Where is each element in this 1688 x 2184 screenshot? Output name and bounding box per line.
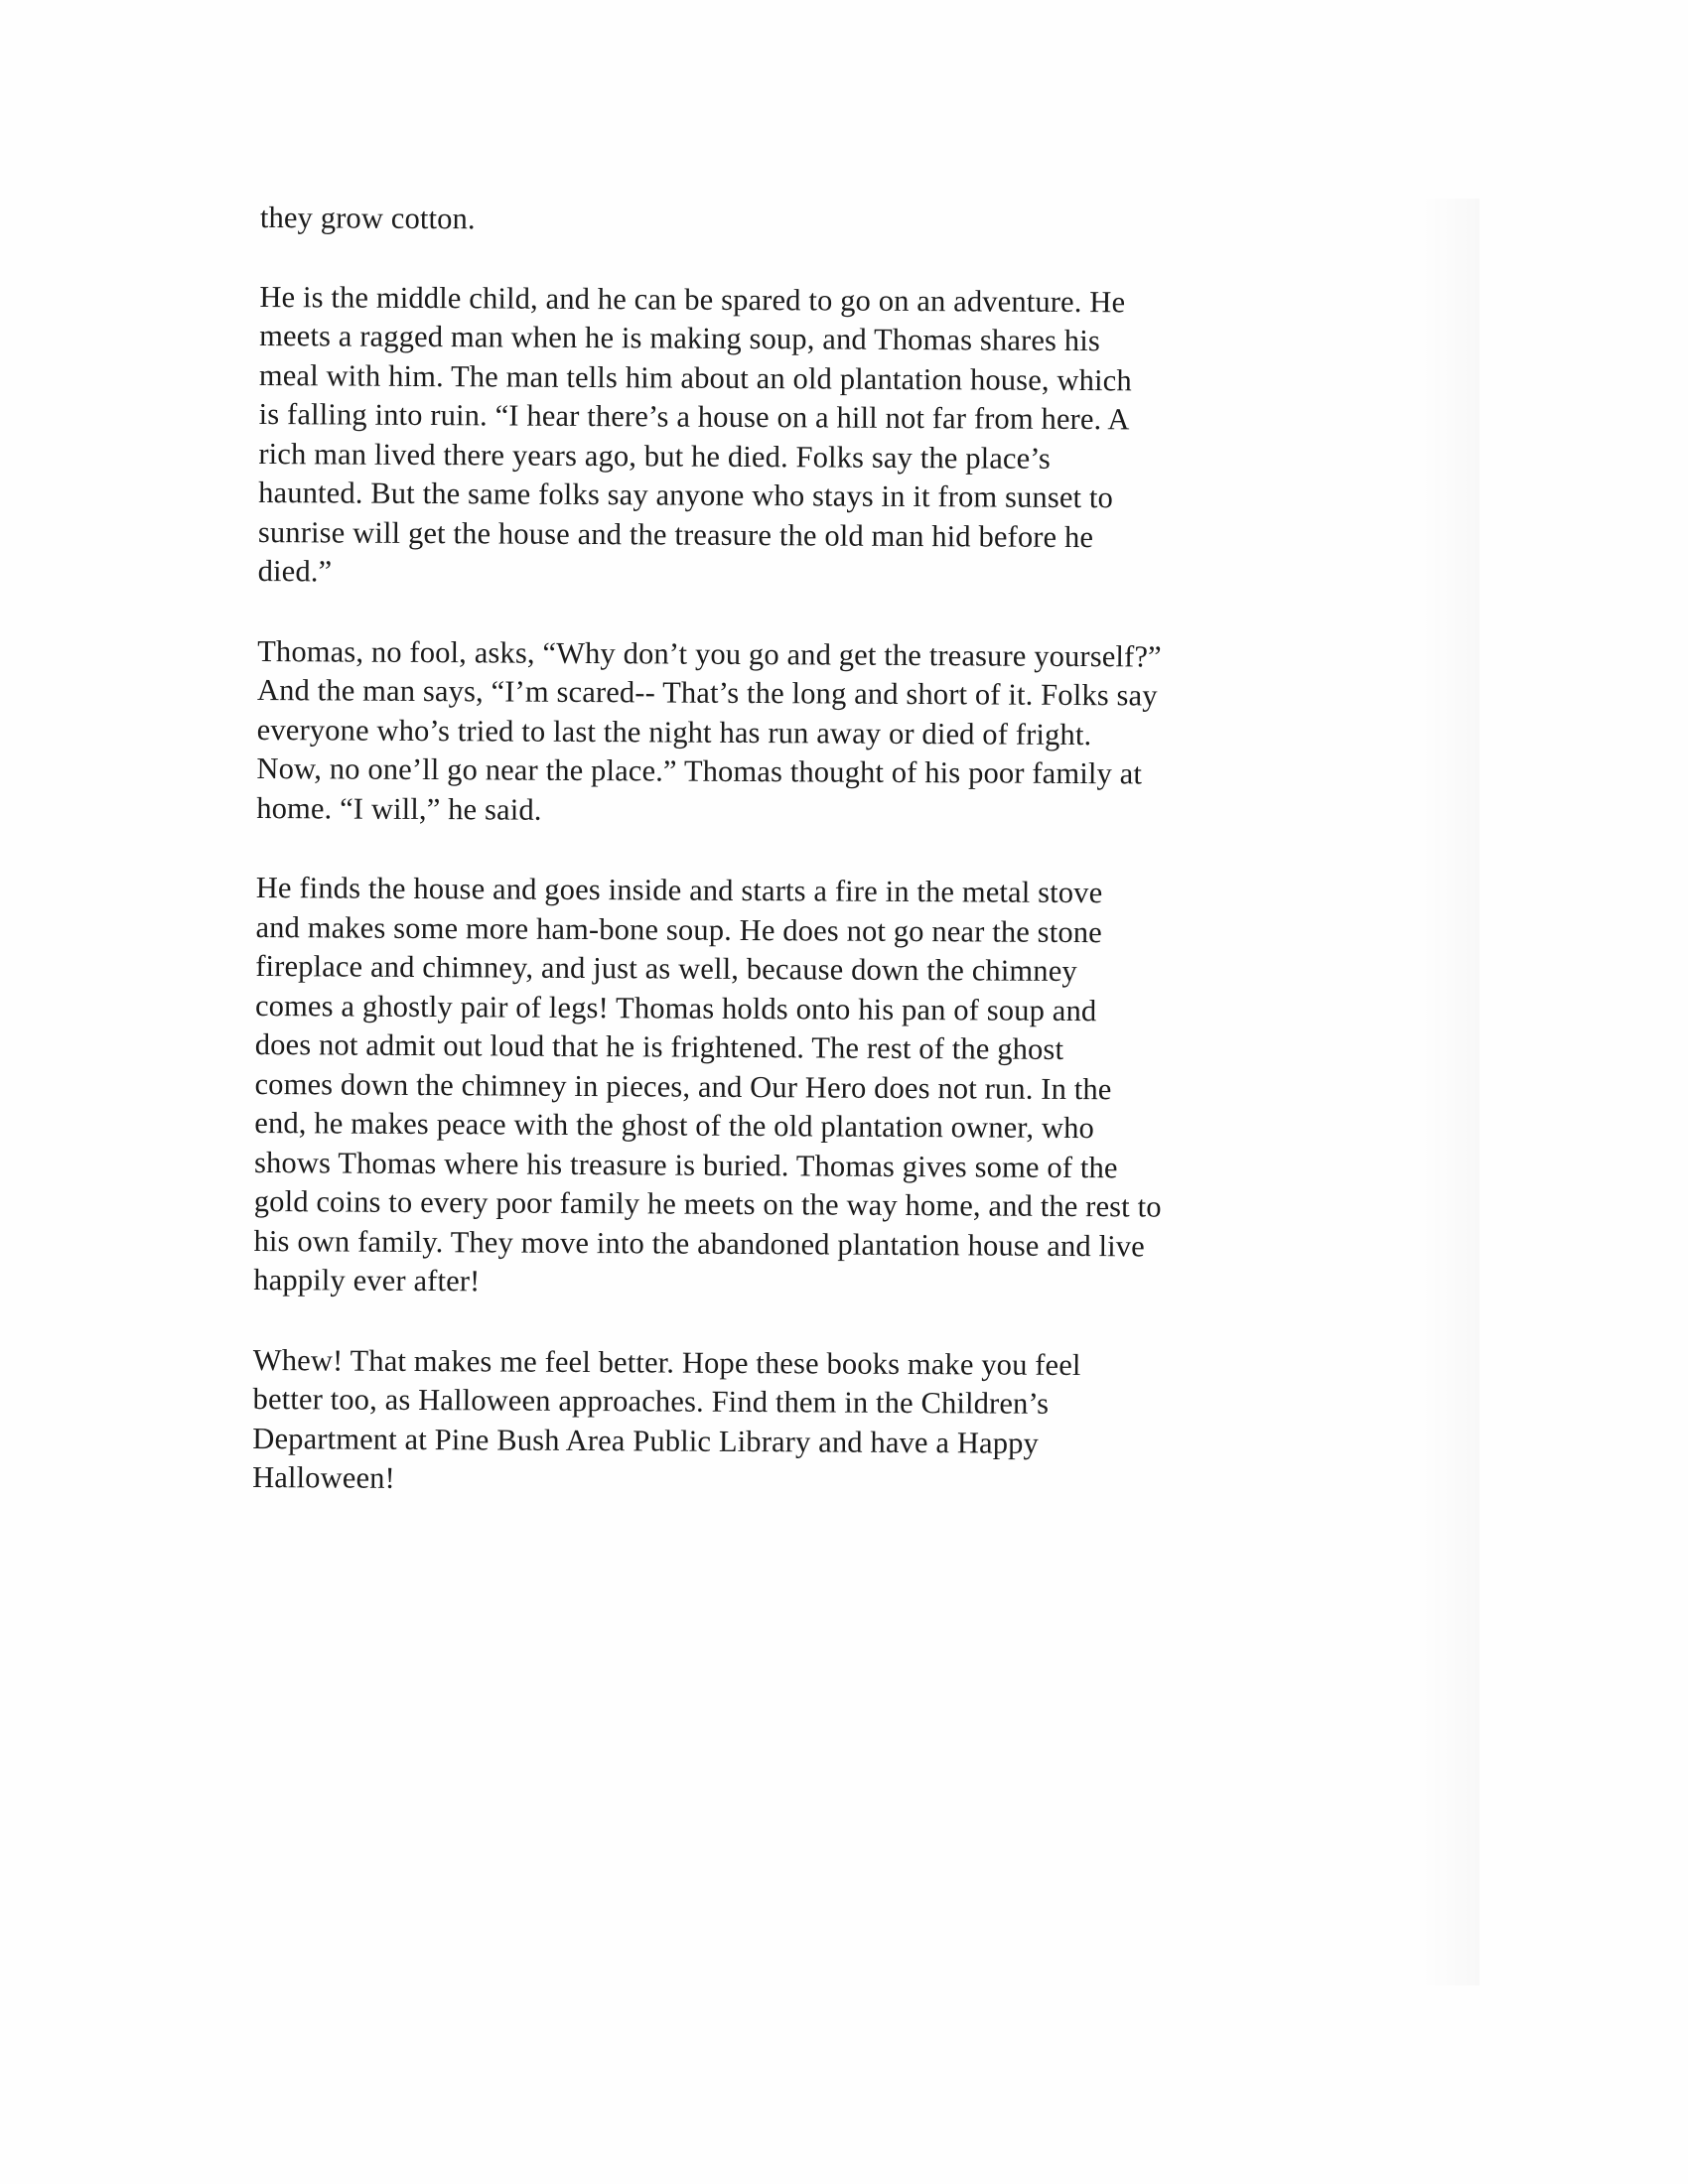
paragraph-haunted-house: He finds the house and goes inside and s… xyxy=(253,869,1438,1307)
text-line: does not admit out loud that he is frigh… xyxy=(255,1025,1437,1072)
paragraph-thomas-decides: Thomas, no fool, asks, “Why don’t you go… xyxy=(256,631,1439,835)
text-line: And the man says, “I’m scared-- That’s t… xyxy=(257,671,1439,718)
text-line: fireplace and chimney, and just as well,… xyxy=(255,947,1437,994)
text-line: died.” xyxy=(258,552,1440,599)
text-line: Halloween! xyxy=(252,1458,1434,1505)
text-line: gold coins to every poor family he meets… xyxy=(254,1182,1436,1229)
text-line: Department at Pine Bush Area Public Libr… xyxy=(252,1419,1434,1465)
text-line: end, he makes peace with the ghost of th… xyxy=(254,1104,1436,1151)
text-line: haunted. But the same folks say anyone w… xyxy=(258,474,1440,520)
text-line: better too, as Halloween approaches. Fin… xyxy=(252,1380,1434,1427)
text-line: they grow cotton. xyxy=(260,199,1442,245)
paragraph-ragged-man: He is the middle child, and he can be sp… xyxy=(258,277,1442,598)
text-line: Now, no one’ll go near the place.” Thoma… xyxy=(256,750,1438,796)
paragraph-closing: Whew! That makes me feel better. Hope th… xyxy=(252,1340,1435,1504)
text-line: meets a ragged man when he is making sou… xyxy=(259,317,1441,363)
text-line: He finds the house and goes inside and s… xyxy=(256,869,1438,915)
article-body: they grow cotton. He is the middle child… xyxy=(252,199,1442,1546)
paragraph-intro-fragment: they grow cotton. xyxy=(260,199,1442,245)
text-line: sunrise will get the house and the treas… xyxy=(258,512,1440,559)
text-line: home. “I will,” he said. xyxy=(256,788,1438,835)
text-line: happily ever after! xyxy=(253,1261,1435,1307)
text-line: is falling into ruin. “I hear there’s a … xyxy=(259,395,1441,442)
scanned-page: they grow cotton. He is the middle child… xyxy=(0,0,1688,2184)
